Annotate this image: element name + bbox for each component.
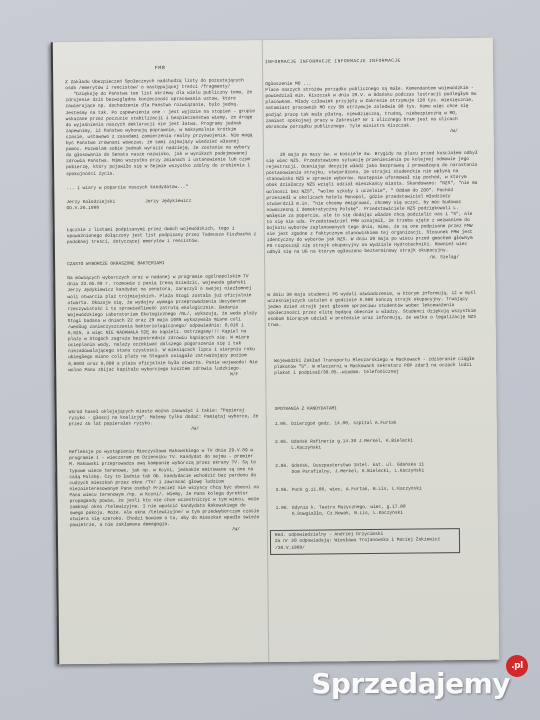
right-column: INFORMACJE INFORMACJE INFORMACJE INFORMA… xyxy=(265,38,482,555)
students-text: W dniu 30 maja studenci PG wydali oświad… xyxy=(267,290,479,329)
nzs-text: 28 maja po mszy św. w kościele św. Brygi… xyxy=(266,151,479,257)
mo-text: Ogłoszenie MO ... Place naszych stróżów … xyxy=(265,80,477,131)
meeting-item: 1.06. Dzierzgoń godz. 14.00, szpital A.F… xyxy=(275,419,481,427)
meeting-item: 1.06. Gdynia k. Teatru Muzycznego, wiec,… xyxy=(276,504,482,518)
left-column: FMR Z Zakładu Ubezpieczeń Społecznych na… xyxy=(65,40,260,535)
meeting-item: 3.06. Puck g.11.00, wiec, A.Furtak, B.Li… xyxy=(275,486,481,494)
editor-box: Red. odpowiedzialny - Andrzej Drzycimski… xyxy=(270,528,460,554)
watermark-badge-icon: .pl xyxy=(506,655,528,677)
meeting-item: 2.06. Gdańsk Rafineria g.14.30 J.Merkel,… xyxy=(275,438,481,452)
meeting-item: 2.06. Gdańsk, Duszpasterstwo Intel. kat.… xyxy=(275,462,481,476)
meetings-list: 1.06. Dzierzgoń godz. 14.00, szpital A.F… xyxy=(269,419,482,518)
typewritten-leaflet: FMR Z Zakładu Ubezpieczeń Społecznych na… xyxy=(51,38,499,665)
sprzedajemy-watermark: Sprzedajemy .pl xyxy=(311,667,510,700)
watermark-brand: Sprzedajemy xyxy=(311,667,510,700)
list-note: Łącznie z listami podpisanymi przez dwóc… xyxy=(67,226,257,246)
slogans-text: Wśród haseł oklejających miasto można za… xyxy=(69,408,259,428)
signature-2: Jerzy Jędykiewicz xyxy=(145,199,191,206)
rakowski-text: Refleksje po wystąpieniu Mieczysława Rak… xyxy=(69,448,260,529)
bacteria-text: Na mówiących wyborczych oraz w nadanej w… xyxy=(67,274,258,373)
transport-text: Wojewódzki Zakład Transportu Mleczarskie… xyxy=(268,357,480,378)
open-letter-text: Z Zakładu Ubezpieczeń Społecznych nadcho… xyxy=(65,78,256,177)
